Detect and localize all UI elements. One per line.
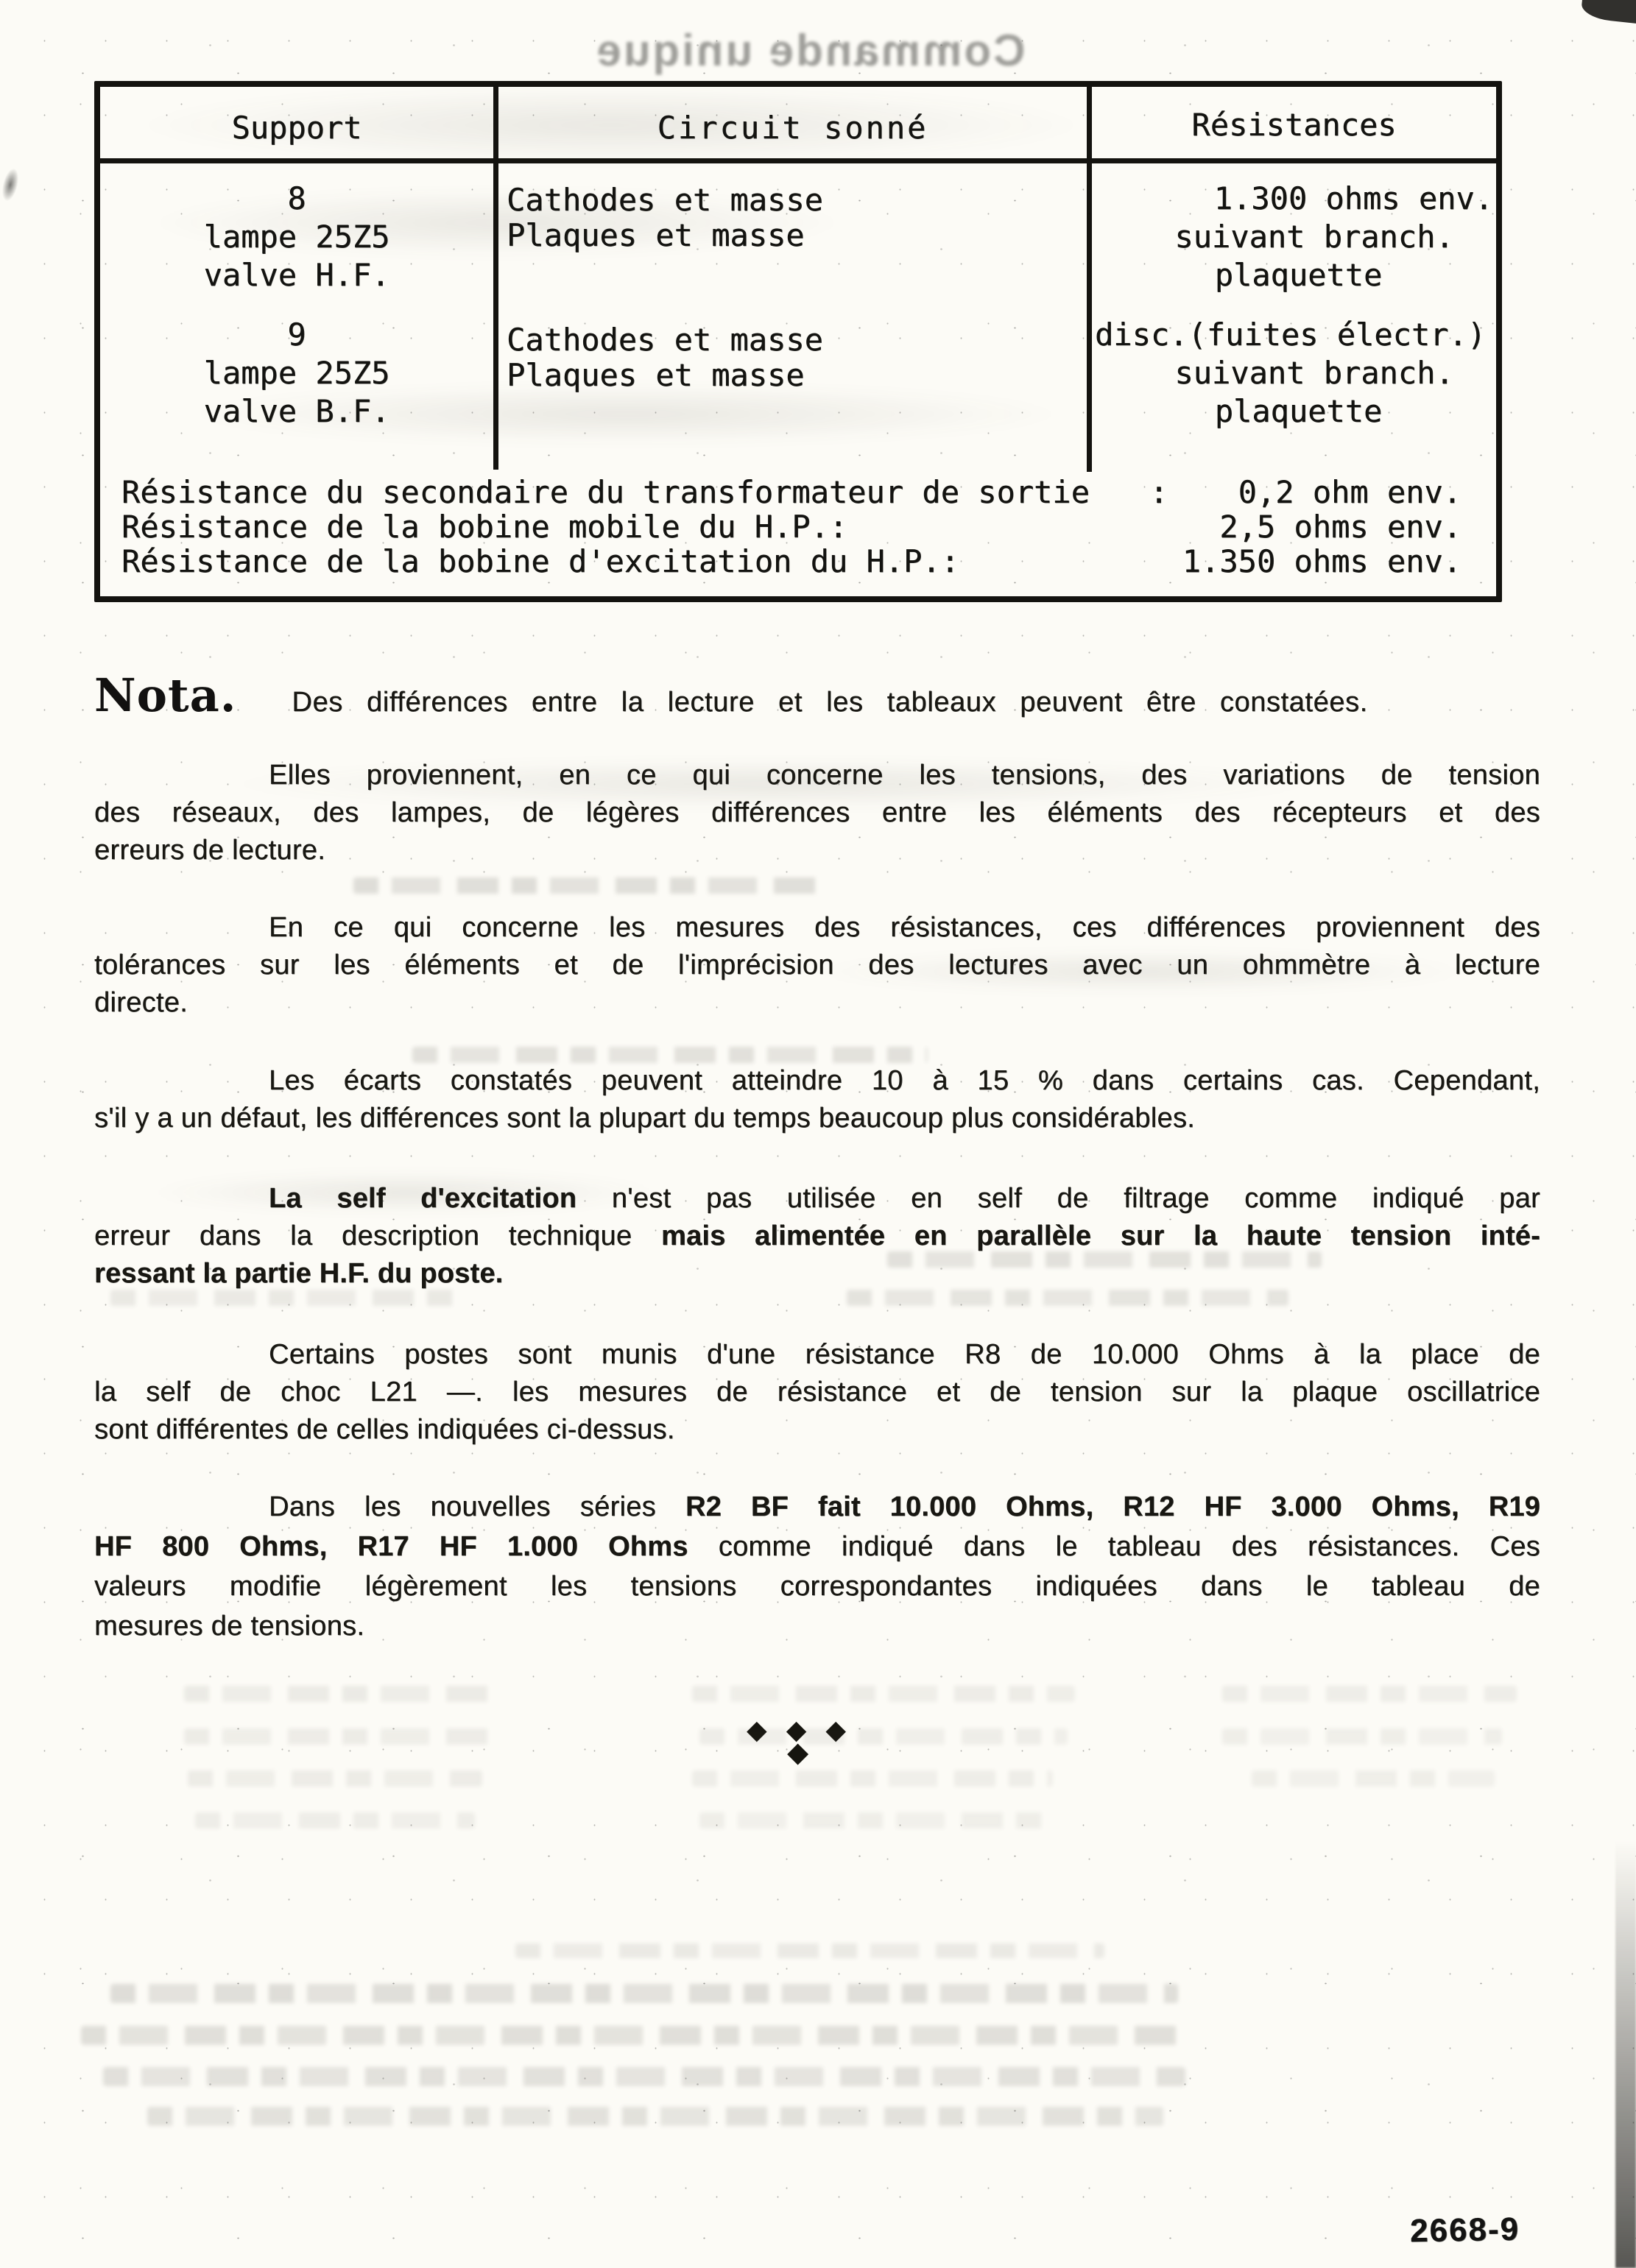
footer-value: 0,2 ohm env. — [1238, 475, 1462, 510]
bleedthrough-text — [184, 1728, 493, 1745]
circuit-line: Plaques et masse — [507, 218, 823, 253]
bleedthrough-text — [81, 2026, 1185, 2045]
support-number: 9 — [100, 316, 493, 354]
support-lamp: lampe 25Z5 — [100, 218, 493, 256]
footer-label: Résistance de la bobine d'excitation du … — [121, 544, 959, 579]
resistance-line: suivant branch. — [1092, 354, 1496, 392]
text-line: des réseaux, des lampes, de légères diff… — [94, 794, 1540, 832]
table-column-divider — [493, 87, 498, 470]
resistance-line: disc.(fuites électr.) — [1092, 316, 1496, 354]
table-header-underline — [100, 158, 1496, 163]
bleedthrough-text — [692, 1686, 1075, 1702]
text-line: la self de choc L21 —. les mesures de ré… — [94, 1374, 1540, 1411]
circuit-line: Cathodes et masse — [507, 322, 823, 358]
text-line: Certains postes sont munis d'une résista… — [94, 1336, 1540, 1374]
bleedthrough-text — [692, 1770, 1053, 1787]
text-line: Les écarts constatés peuvent atteindre 1… — [94, 1062, 1540, 1100]
bleedthrough-text — [184, 1686, 501, 1702]
text-line: sont différentes de celles indiquées ci-… — [94, 1411, 1540, 1449]
bleedthrough-text — [103, 2067, 1185, 2086]
text-line: erreurs de lecture. — [94, 832, 1540, 869]
paragraph: Dans les nouvelles séries R2 BF fait 10.… — [94, 1487, 1540, 1646]
nota-heading: Nota. — [94, 668, 236, 722]
bleedthrough-text — [412, 1047, 928, 1063]
table-footer-row: Résistance de la bobine mobile du H.P.: … — [121, 509, 1462, 545]
footer-label: Résistance du secondaire du transformate… — [121, 475, 1090, 510]
table-cell-support-9: 9 lampe 25Z5 valve B.F. — [100, 316, 493, 431]
text-line: tolérances sur les éléments et de l'impr… — [94, 947, 1540, 984]
bleedthrough-text — [353, 877, 825, 894]
text-line: HF 800 Ohms, R17 HF 1.000 Ohms comme ind… — [94, 1527, 1540, 1566]
paragraph: En ce qui concerne les mesures des résis… — [94, 909, 1540, 1022]
resistance-line: plaquette — [1092, 392, 1496, 431]
footer-separator: : — [1149, 475, 1168, 510]
paragraph: Les écarts constatés peuvent atteindre 1… — [94, 1062, 1540, 1137]
bleedthrough-title: Commande unique — [515, 25, 1104, 80]
text-line: ressant la partie H.F. du poste. — [94, 1255, 1540, 1293]
scan-edge-shadow — [1615, 1840, 1636, 2268]
paragraph: Elles proviennent, en ce qui concerne le… — [94, 757, 1540, 869]
text-line: directe. — [94, 984, 1540, 1022]
resistance-line: plaquette — [1092, 256, 1496, 294]
bleedthrough-text — [1222, 1686, 1517, 1702]
text-line: s'il y a un défaut, les différences sont… — [94, 1100, 1540, 1137]
resistance-line: suivant branch. — [1092, 218, 1496, 256]
column-header-circuit: Circuit sonné — [498, 109, 1087, 147]
bleedthrough-text — [1252, 1770, 1495, 1787]
table-cell-circuit-8: Cathodes et masse Plaques et masse — [507, 183, 823, 253]
scanned-document-page: Commande unique Support Circuit sonné Ré… — [0, 0, 1636, 2268]
nota-section: Nota. Des différences entre la lecture e… — [94, 668, 1543, 722]
table-footer-row: Résistance du secondaire du transformate… — [121, 475, 1462, 510]
resistance-table: Support Circuit sonné Résistances 8 lamp… — [94, 81, 1502, 602]
footer-value: 2,5 ohms env. — [1219, 509, 1462, 545]
scan-artifact — [0, 166, 21, 202]
bleedthrough-text — [699, 1728, 1068, 1745]
support-number: 8 — [100, 180, 493, 218]
circuit-line: Plaques et masse — [507, 358, 823, 393]
text-line: En ce qui concerne les mesures des résis… — [94, 909, 1540, 947]
text-line: mesures de tensions. — [94, 1606, 1540, 1646]
table-cell-resistance-9: disc.(fuites électr.) suivant branch. pl… — [1092, 316, 1496, 431]
support-lamp: lampe 25Z5 — [100, 354, 493, 392]
text-line: Dans les nouvelles séries R2 BF fait 10.… — [94, 1487, 1540, 1527]
bleedthrough-text — [195, 1812, 475, 1829]
bleedthrough-text — [188, 1770, 482, 1787]
column-header-support: Support — [100, 109, 493, 147]
paragraph: Certains postes sont munis d'une résista… — [94, 1336, 1540, 1449]
bleedthrough-text — [110, 1290, 464, 1306]
bleedthrough-text — [887, 1251, 1322, 1268]
table-column-divider — [1087, 87, 1092, 472]
circuit-line: Cathodes et masse — [507, 183, 823, 218]
footer-label: Résistance de la bobine mobile du H.P.: — [121, 509, 847, 545]
bleedthrough-text — [847, 1290, 1288, 1306]
scan-artifact — [1580, 0, 1636, 24]
table-footer-row: Résistance de la bobine d'excitation du … — [121, 544, 1462, 579]
column-header-resistances: Résistances — [1092, 106, 1496, 144]
table-cell-resistance-8: 1.300 ohms env. suivant branch. plaquett… — [1092, 180, 1496, 294]
resistance-line: 1.300 ohms env. — [1092, 180, 1496, 218]
bleedthrough-text — [147, 2107, 1163, 2126]
text-line: Elles proviennent, en ce qui concerne le… — [94, 757, 1540, 794]
table-cell-support-8: 8 lampe 25Z5 valve H.F. — [100, 180, 493, 294]
bleedthrough-text — [699, 1812, 1046, 1829]
table-cell-circuit-9: Cathodes et masse Plaques et masse — [507, 322, 823, 393]
text-line: valeurs modifie légèrement les tensions … — [94, 1566, 1540, 1606]
text-line: La self d'excitation n'est pas utilisée … — [94, 1180, 1540, 1218]
bleedthrough-text — [1222, 1728, 1502, 1745]
text-line: erreur dans la description technique mai… — [94, 1218, 1540, 1255]
paragraph: La self d'excitation n'est pas utilisée … — [94, 1180, 1540, 1293]
bleedthrough-text — [515, 1943, 1104, 1958]
bleedthrough-text — [110, 1984, 1178, 2003]
page-number: 2668-9 — [1410, 2211, 1520, 2250]
support-valve: valve B.F. — [100, 392, 493, 431]
nota-lead-text: Des différences entre la lecture et les … — [292, 687, 1367, 718]
support-valve: valve H.F. — [100, 256, 493, 294]
footer-value: 1.350 ohms env. — [1182, 544, 1462, 579]
